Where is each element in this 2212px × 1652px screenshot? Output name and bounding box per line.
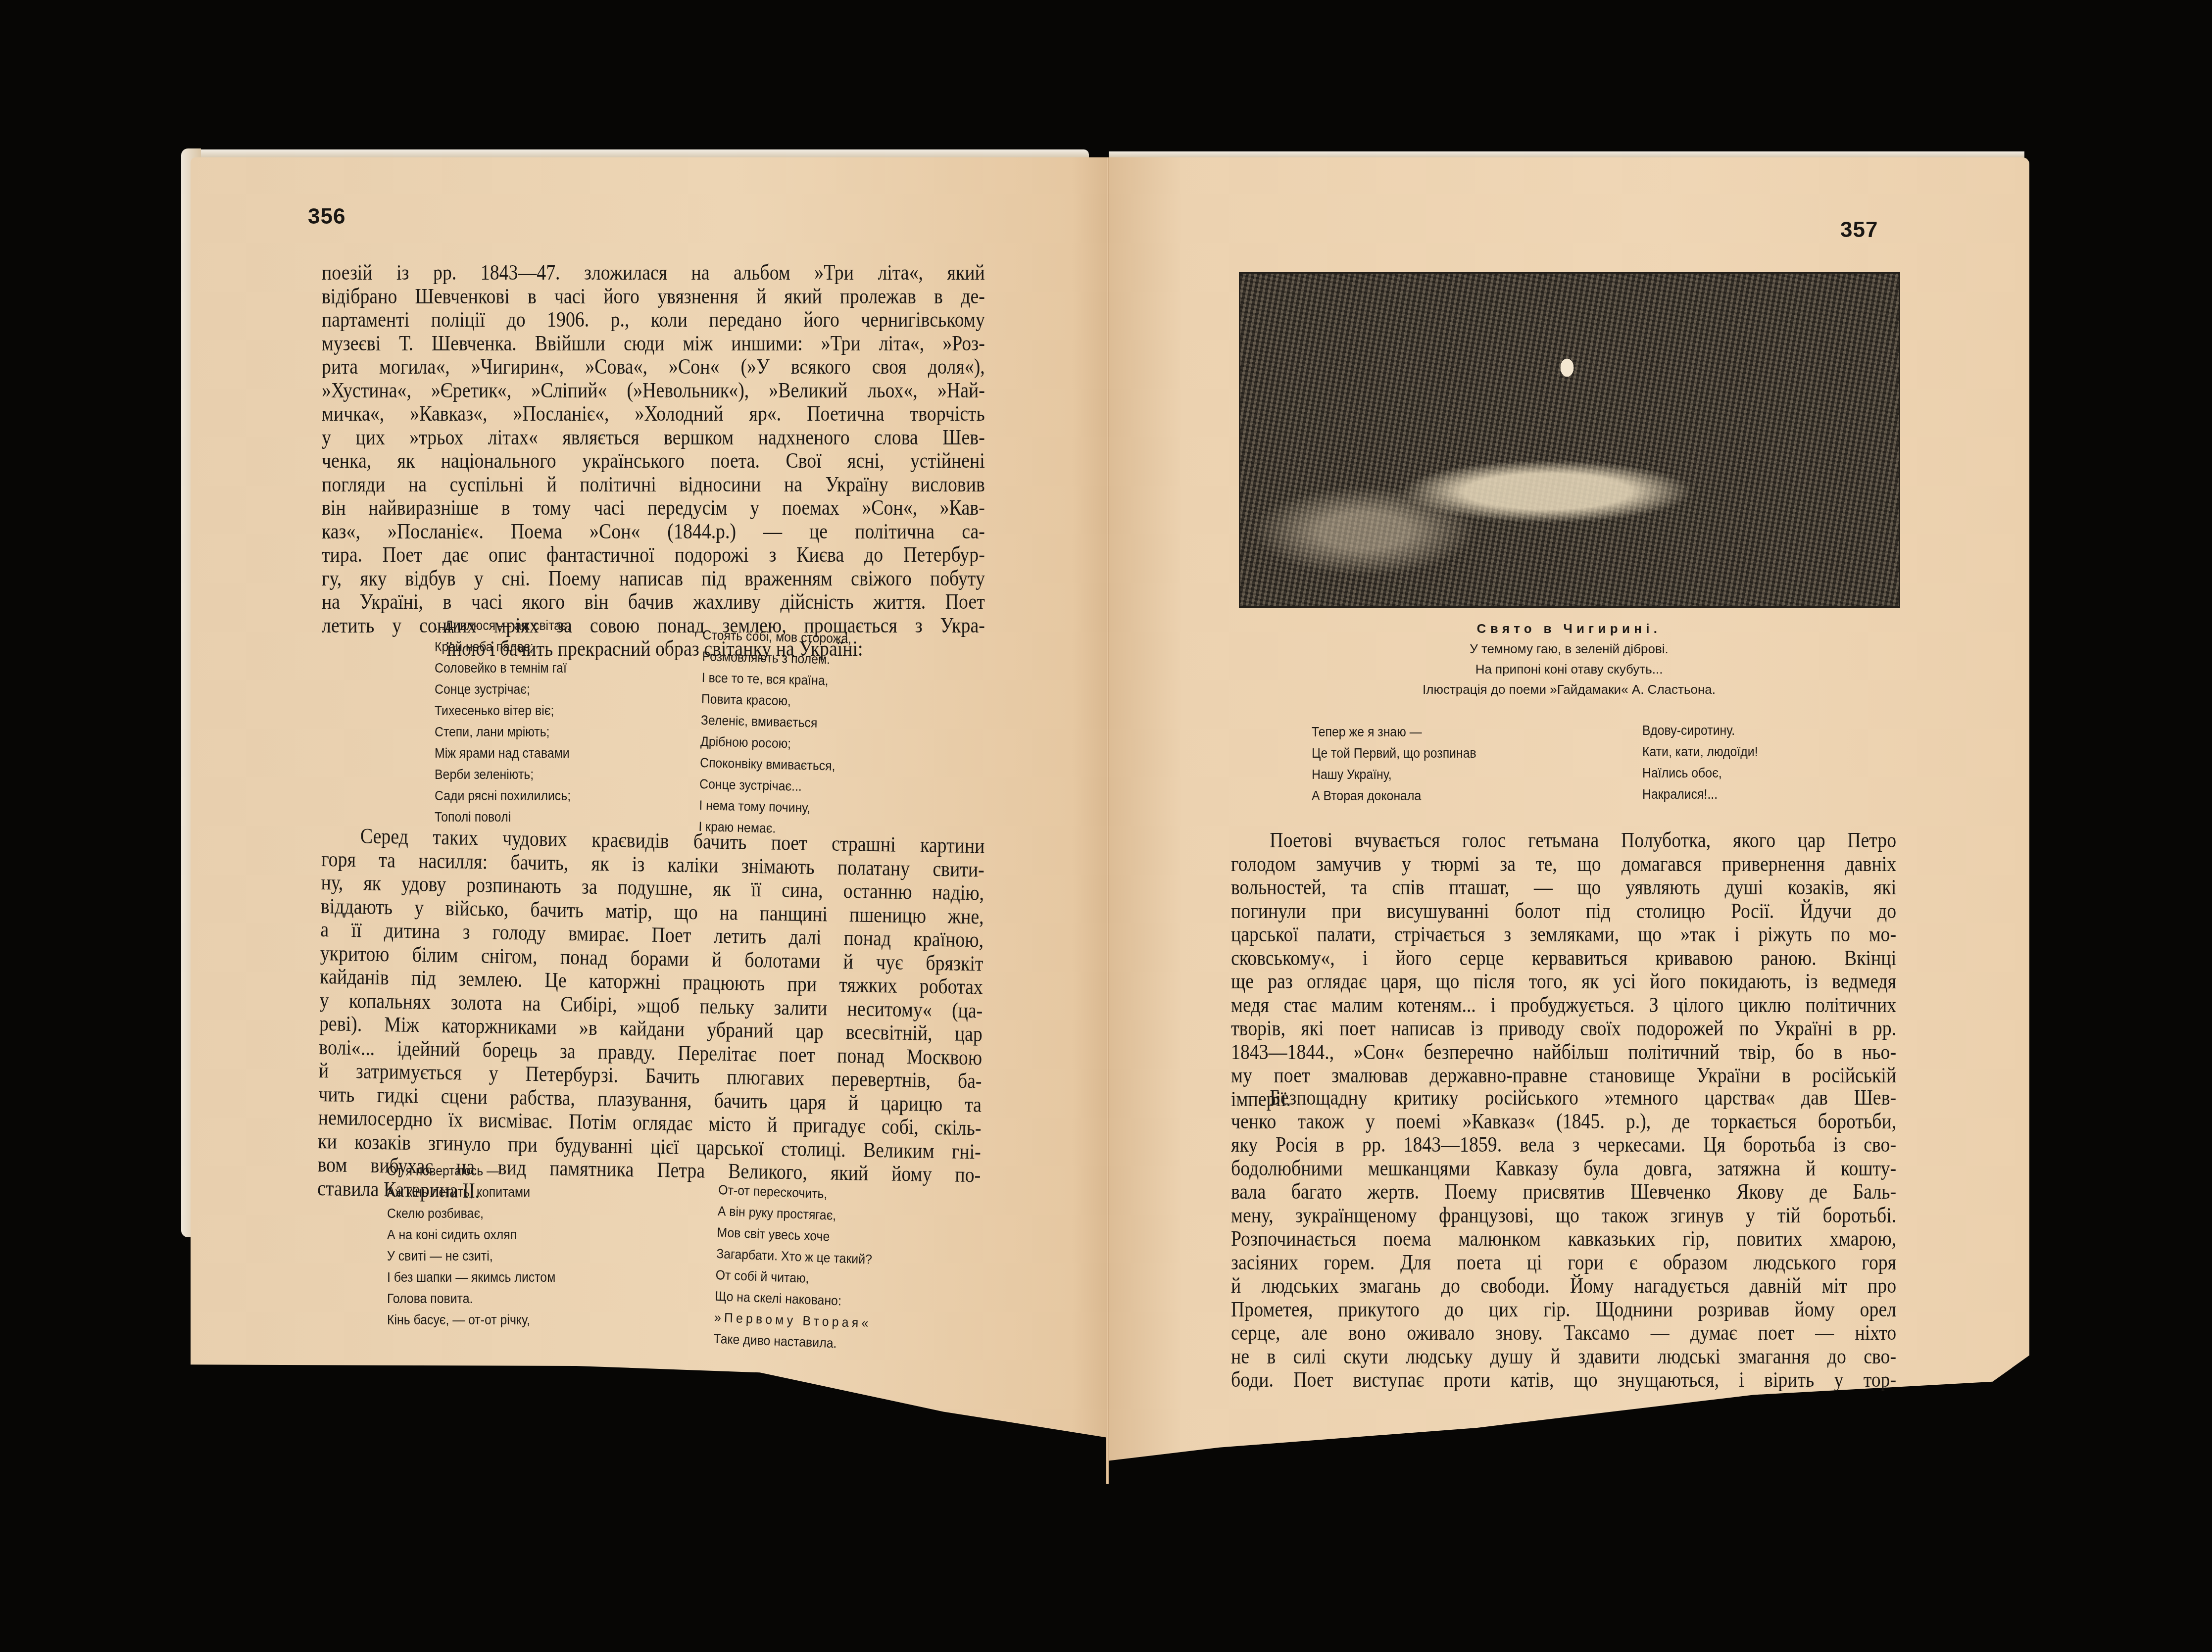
verse-line: Накралися!... [1642, 784, 1758, 805]
right-verse-col-a: Тепер же я знаю — Це той Первий, що розп… [1312, 722, 1476, 807]
verse-line: Сонце зустрічає; [435, 679, 571, 700]
caption-line: Ілюстрація до поеми »Гайдамаки« А. Сласт… [1228, 680, 1911, 700]
text-line: вала багато жертв. Поему присвятив Шевче… [1231, 1180, 1896, 1204]
caption-line: На припоні коні отаву скубуть... [1228, 659, 1911, 680]
verse-line: Скелю розбиває, [387, 1203, 555, 1224]
text-line: сковському«, і його серце кервавиться кр… [1231, 947, 1896, 971]
text-line: мену, зукраїнщеному французові, що також… [1231, 1204, 1896, 1228]
text-line: му поет змалював державно-правне станови… [1231, 1064, 1896, 1088]
right-paragraph-2: Безпощадну критику російського »темного … [1231, 1086, 1896, 1392]
text-line: й людських змагань до свободи. Йому нага… [1231, 1274, 1896, 1298]
verse-line: Повита красою, [701, 688, 850, 713]
right-paragraph-1: Поетові вчувається голос гетьмана Полубо… [1231, 829, 1896, 1111]
verse-line: Тихесенько вітер віє; [435, 700, 571, 722]
verse-line: Вдову-сиротину. [1642, 720, 1758, 741]
text-line: вольностей, та спів пташат, — що уявляют… [1231, 876, 1896, 900]
text-line: боди. Поет виступає проти катів, що знущ… [1231, 1368, 1896, 1392]
text-line: Прометея, прикутого до цих гір. Щоднини … [1231, 1298, 1896, 1322]
text-line: каз«, »Посланіє«. Поема »Сон« (1844.р.) … [322, 520, 985, 544]
text-line: партаменті поліції до 1906. р., коли пер… [322, 308, 985, 332]
text-line: він найвиразніше в тому часі передусім у… [322, 496, 985, 520]
verse-line: У свиті — не сзиті, [387, 1246, 555, 1267]
text-line: у цих »трьох літах« являється вершком на… [322, 426, 985, 450]
text-line: серце, але воно оживало знову. Таксамо —… [1231, 1321, 1896, 1345]
text-line: музеєві Т. Шевченка. Ввійшли сюди між ин… [322, 332, 985, 356]
text-line: творів, які поет написав із приводу свої… [1231, 1017, 1896, 1041]
text-line: мичка«, »Кавказ«, »Посланіє«, »Холодний … [322, 402, 985, 426]
text-line: погинули при висушуванні болот під столи… [1231, 900, 1896, 923]
verse-line: Сади рясні похилились; [435, 785, 571, 807]
verse-line: Наїлись обоє, [1642, 763, 1758, 784]
verse-line: А на коні сидить охляп [387, 1224, 555, 1246]
text-line: відібрано Шевченкові в часі його увязнен… [322, 285, 985, 309]
text-line: бодолюбними мешканцями Кавказу була довг… [1231, 1157, 1896, 1181]
text-line: медя стає малим котеням... і пробуджуєть… [1231, 994, 1896, 1018]
left-verse-2-col-a: От я повертаюсь — Аж кінь летить, копита… [387, 1161, 555, 1331]
verse-line: Між ярами над ставами [435, 743, 571, 764]
verse-line: Сонце зустрічає... [699, 774, 848, 798]
left-verse-1-col-b: Стоять собі, мов сторожа, Розмовляють з … [698, 625, 851, 841]
text-line: царської палати, стрічається з земляками… [1231, 923, 1896, 947]
verse-line: Край неба палає; [435, 636, 571, 658]
page-number-right: 357 [1840, 218, 1878, 243]
text-line: 1843—1844., »Сон« безперечно найбільш по… [1231, 1041, 1896, 1065]
verse-line: ...Дивлюся — аж світає, [435, 615, 571, 636]
text-line: ще раз оглядає царя, що після того, як у… [1231, 970, 1896, 994]
caption-line: У темному гаю, в зеленій діброві. [1228, 639, 1911, 659]
verse-line: Аж кінь летить, копитами [387, 1182, 555, 1203]
text-line: ченко також у поемі »Кавказ« (1845. р.),… [1231, 1110, 1896, 1134]
page-number-left: 356 [308, 204, 345, 229]
verse-line: Голова повита. [387, 1288, 555, 1310]
verse-line: Нашу Україну, [1312, 764, 1476, 785]
verse-line: І без шапки — якимсь листом [387, 1267, 555, 1288]
left-verse-2-col-b: От-от перескочить, А він руку простягає,… [713, 1179, 876, 1356]
verse-line: Зеленіє, вмивається [701, 710, 850, 734]
verse-line: Споконвіку вмивається, [700, 752, 849, 777]
verse-line: Тополі поволі [435, 807, 571, 828]
verse-line: Це той Первий, що розпинав [1312, 743, 1476, 764]
text-line: погляди на суспільні й політичні відноси… [322, 473, 985, 497]
text-line: поезій із рр. 1843—47. зложилася на альб… [322, 261, 985, 285]
verse-line: Стоять собі, мов сторожа, [702, 625, 851, 649]
left-paragraph-2: Серед таких чудових краєвидів бачить пое… [317, 824, 985, 1211]
text-line: тира. Поет дає опис фантастичної подорож… [322, 543, 985, 567]
text-line: їною і бачить прекрасний образ світанку … [322, 637, 985, 661]
text-line: Безпощадну критику російського »темного … [1231, 1086, 1896, 1110]
verse-line: Тепер же я знаю — [1312, 722, 1476, 743]
text-line: летить у сонних мріях за совою понад зем… [322, 614, 985, 638]
verse-line: І все то те, вся країна, [701, 667, 850, 692]
verse-line: Кінь басує, — от-от річку, [387, 1310, 555, 1331]
text-line: Розпочинається поема малюнком кавказьких… [1231, 1227, 1896, 1251]
verse-line: Дрібною росою; [700, 731, 849, 756]
illustration-caption: Свято в Чигирині. У темному гаю, в зелен… [1228, 619, 1911, 700]
left-paragraph-1: поезій із рр. 1843—47. зложилася на альб… [322, 261, 985, 661]
right-verse-col-b: Вдову-сиротину. Кати, кати, людоїди! Наї… [1642, 720, 1758, 805]
text-line: гу, яку відбув у сні. Поему написав під … [322, 567, 985, 591]
text-line: яку Росія в рр. 1843—1859. вела з черкес… [1231, 1133, 1896, 1157]
text-line: Поетові вчувається голос гетьмана Полубо… [1231, 829, 1896, 853]
caption-title: Свято в Чигирині. [1228, 619, 1911, 639]
text-line: голодом замучив у тюрмі за те, що домага… [1231, 853, 1896, 876]
illustration-forest-scene [1239, 272, 1900, 608]
verse-line: Верби зеленіють; [435, 764, 571, 785]
verse-line: Соловейко в темнім гаї [435, 658, 571, 679]
text-line: рита могила«, »Чигирин«, »Сова«, »Сон« (… [322, 355, 985, 379]
verse-line: А Вторая доконала [1312, 785, 1476, 807]
verse-line: Степи, лани мріють; [435, 722, 571, 743]
text-line: засіяних горем. Для поета ці гори є обра… [1231, 1251, 1896, 1275]
text-line: не в силі скути людську душу й здавити л… [1231, 1345, 1896, 1369]
verse-line: І нема тому почину, [699, 795, 848, 820]
verse-line: От я повертаюсь — [387, 1161, 555, 1182]
book-gutter [1106, 157, 1109, 1484]
verse-line: Розмовляють з полем. [702, 646, 851, 671]
text-line: »Хустина«, »Єретик«, »Сліпий« (»Невольни… [322, 379, 985, 403]
text-line: ченка, як національного українського пое… [322, 449, 985, 473]
verse-line: Кати, кати, людоїди! [1642, 741, 1758, 763]
left-verse-1-col-a: ...Дивлюся — аж світає, Край неба палає;… [435, 615, 571, 828]
text-line: на Україні, в часі якого він бачив жахли… [322, 590, 985, 614]
